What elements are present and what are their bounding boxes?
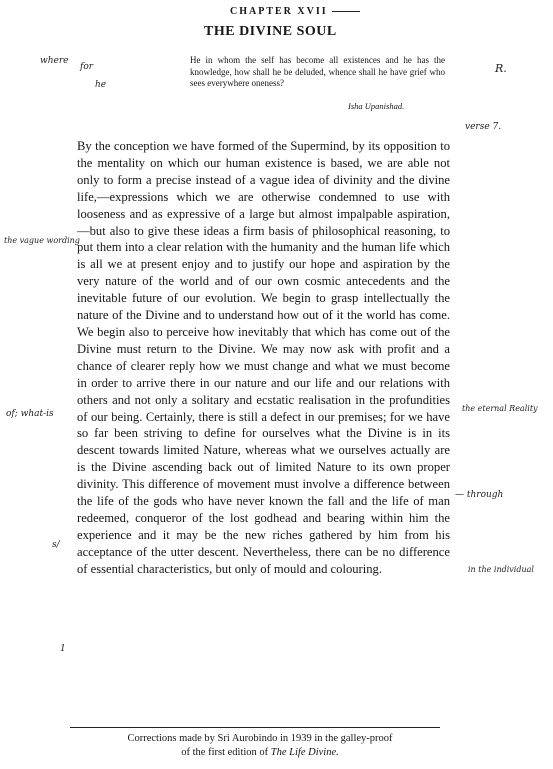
epigraph-source: Isha Upanishad. [348, 101, 404, 111]
margin-note: in the individual [468, 565, 534, 574]
epigraph-text: He in whom the self has become all exist… [190, 55, 445, 90]
margin-note: — through [455, 490, 503, 500]
caption-prefix: of the first edition of [181, 747, 271, 758]
caption-line-2: of the first edition of The Life Divine. [80, 746, 440, 760]
margin-note: for [80, 62, 93, 72]
margin-note: where [40, 56, 68, 66]
caption: Corrections made by Sri Aurobindo in 193… [80, 732, 440, 760]
margin-note: verse 7. [465, 122, 501, 132]
chapter-title: THE DIVINE SOUL [204, 24, 337, 40]
caption-line-1: Corrections made by Sri Aurobindo in 193… [80, 732, 440, 746]
chapter-dash [332, 11, 360, 12]
chapter-heading: CHAPTER XVII [230, 6, 360, 17]
book-title: The Life Divine. [271, 747, 339, 758]
margin-note: of; what-is [6, 409, 54, 419]
margin-note: the vague wording [4, 236, 80, 245]
margin-note: 1 [60, 644, 66, 654]
margin-mark: R. [495, 62, 507, 75]
body-paragraph: By the conception we have formed of the … [77, 138, 450, 578]
margin-note: s/ [52, 540, 60, 550]
margin-note: the eternal Reality [462, 404, 538, 413]
paragraph-text: By the conception we have formed of the … [77, 138, 450, 578]
chapter-number: CHAPTER XVII [230, 6, 328, 17]
margin-note: he [95, 80, 106, 90]
footer-rule [70, 727, 440, 728]
